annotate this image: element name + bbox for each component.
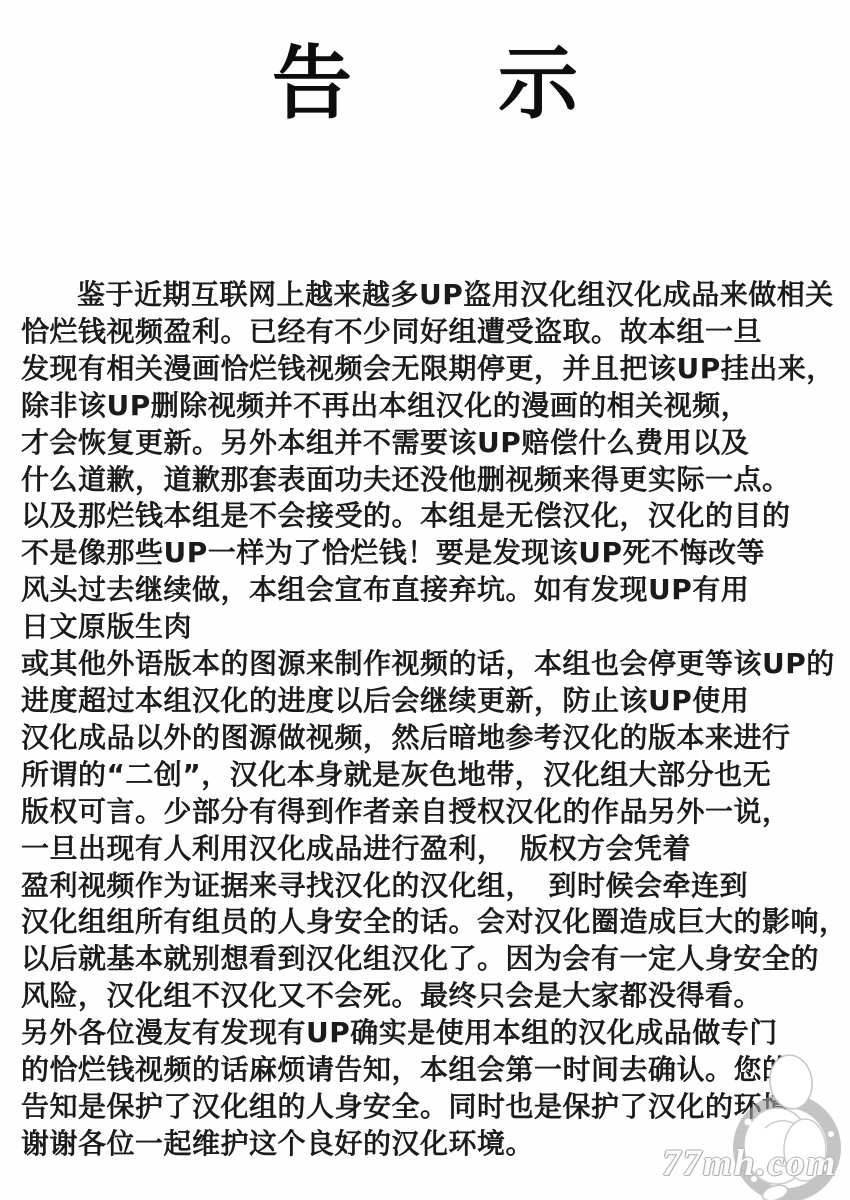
- notice-line: 进度超过本组汉化的进度以后会继续更新，防止该UP使用: [21, 683, 842, 720]
- page-title: 告 示: [0, 42, 850, 126]
- notice-line: 版权可言。少部分有得到作者亲自授权汉化的作品另外一说，: [21, 794, 842, 831]
- notice-line: 一旦出现有人利用汉化成品进行盈利， 版权方会凭着: [21, 831, 842, 868]
- title-char-shi: 示: [498, 42, 578, 126]
- notice-line: 风头过去继续做，本组会宣布直接弃坑。如有发现UP有用: [21, 572, 842, 609]
- notice-line: 汉化成品以外的图源做视频，然后暗地参考汉化的版本来进行: [21, 720, 842, 757]
- title-char-gao: 告: [272, 42, 352, 126]
- notice-line: 才会恢复更新。另外本组并不需要该UP赔偿什么费用以及: [21, 425, 842, 462]
- notice-line: 什么道歉，道歉那套表面功夫还没他删视频来得更实际一点。: [21, 462, 842, 499]
- notice-body: 鉴于近期互联网上越来越多UP盗用汉化组汉化成品来做相关恰烂钱视频盈利。已经有不少…: [21, 277, 842, 1163]
- notice-line: 发现有相关漫画恰烂钱视频会无限期停更，并且把该UP挂出来，: [21, 351, 842, 388]
- notice-line: 以后就基本就别想看到汉化组汉化了。因为会有一定人身安全的: [21, 941, 842, 978]
- notice-line: 日文原版生肉: [21, 609, 842, 646]
- notice-line: 告知是保护了汉化组的人身安全。同时也是保护了汉化的环境: [21, 1089, 842, 1126]
- notice-line: 或其他外语版本的图源来制作视频的话，本组也会停更等该UP的: [21, 646, 842, 683]
- notice-line: 不是像那些UP一样为了恰烂钱！要是发现该UP死不悔改等: [21, 535, 842, 572]
- notice-line: 风险，汉化组不汉化又不会死。最终只会是大家都没得看。: [21, 978, 842, 1015]
- notice-line: 的恰烂钱视频的话麻烦请告知，本组会第一时间去确认。您的: [21, 1052, 842, 1089]
- notice-line: 另外各位漫友有发现有UP确实是使用本组的汉化成品做专门: [21, 1015, 842, 1052]
- notice-line: 盈利视频作为证据来寻找汉化的汉化组， 到时候会牵连到: [21, 868, 842, 905]
- notice-line: 除非该UP删除视频并不再出本组汉化的漫画的相关视频，: [21, 388, 842, 425]
- notice-line: 以及那烂钱本组是不会接受的。本组是无偿汉化，汉化的目的: [21, 498, 842, 535]
- notice-page: 告 示 鉴于近期互联网上越来越多UP盗用汉化组汉化成品来做相关恰烂钱视频盈利。已…: [0, 0, 850, 1200]
- notice-line: 谢谢各位一起维护这个良好的汉化环境。: [21, 1126, 842, 1163]
- notice-line: 所谓的“二创”，汉化本身就是灰色地带，汉化组大部分也无: [21, 757, 842, 794]
- notice-line: 恰烂钱视频盈利。已经有不少同好组遭受盗取。故本组一旦: [21, 314, 842, 351]
- notice-line: 汉化组组所有组员的人身安全的话。会对汉化圈造成巨大的影响，: [21, 904, 842, 941]
- notice-line: 鉴于近期互联网上越来越多UP盗用汉化组汉化成品来做相关: [21, 277, 842, 314]
